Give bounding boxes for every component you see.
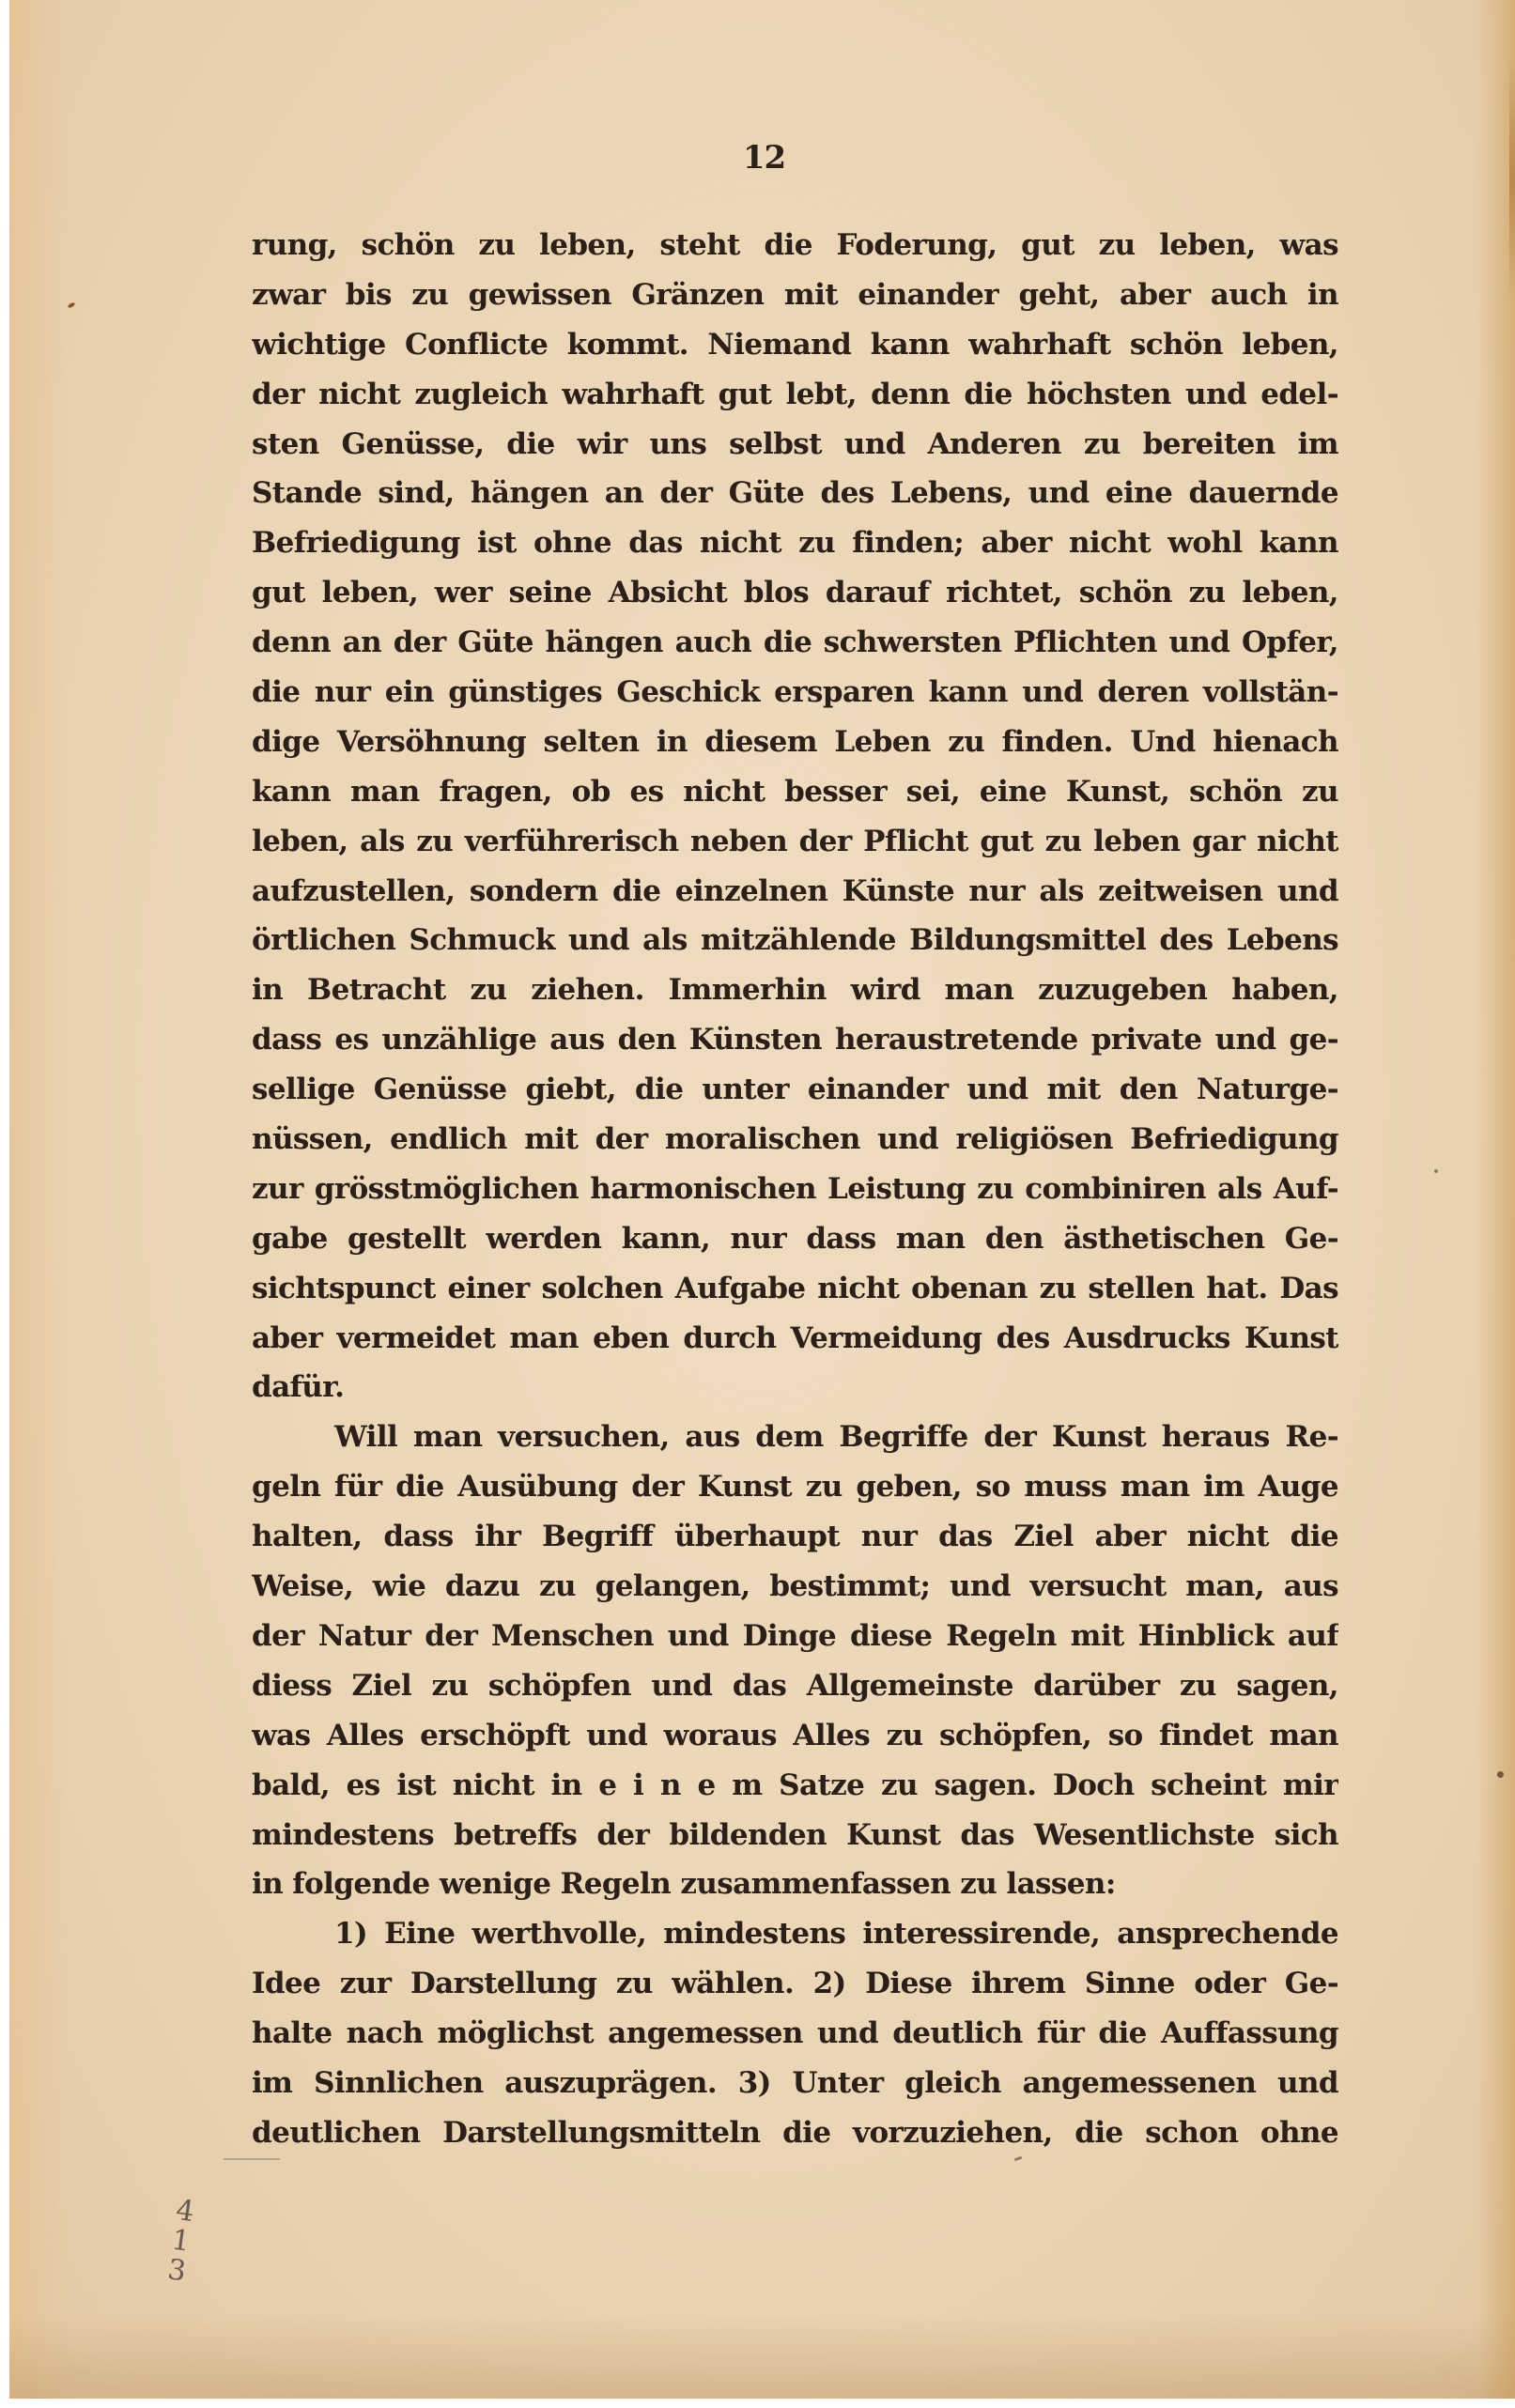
text-line: sichtspunct einer solchen Aufgabe nicht … bbox=[252, 1264, 1338, 1314]
text-line: sellige Genüsse giebt, die unter einande… bbox=[252, 1065, 1338, 1115]
text-line: bald, es ist nicht in e i n e m Satze zu… bbox=[252, 1761, 1338, 1811]
text-line-paragraph-end: dafür. bbox=[252, 1363, 1338, 1412]
text-line: nüssen, endlich mit der moralischen und … bbox=[252, 1115, 1338, 1165]
text-line: Idee zur Darstellung zu wählen. 2) Diese… bbox=[252, 1959, 1338, 2009]
text-line: Weise, wie dazu zu gelangen, bestimmt; u… bbox=[252, 1562, 1338, 1612]
text-line: die nur ein günstiges Geschick ersparen … bbox=[252, 668, 1338, 718]
text-line: gabe gestellt werden kann, nur dass man … bbox=[252, 1214, 1338, 1264]
book-page: 12 rung, schön zu leben, steht die Foder… bbox=[9, 0, 1515, 2399]
text-line: denn an der Güte hängen auch die schwers… bbox=[252, 618, 1338, 668]
text-line: was Alles erschöpft und woraus Alles zu … bbox=[252, 1711, 1338, 1761]
text-line: zwar bis zu gewissen Gränzen mit einande… bbox=[252, 270, 1338, 320]
text-line: kann man fragen, ob es nicht besser sei,… bbox=[252, 767, 1338, 817]
margin-speck-mark bbox=[1434, 1169, 1438, 1173]
text-line: örtlichen Schmuck und als mitzählende Bi… bbox=[252, 916, 1338, 965]
text-line: deutlichen Darstellungsmitteln die vorzu… bbox=[252, 2108, 1338, 2158]
pencil-dash-mark bbox=[224, 2158, 280, 2160]
text-line: halten, dass ihr Begriff überhaupt nur d… bbox=[252, 1512, 1338, 1562]
margin-stain-mark bbox=[68, 301, 76, 308]
text-line: wichtige Conflicte kommt. Niemand kann w… bbox=[252, 320, 1338, 370]
page-number: 12 bbox=[9, 139, 1515, 177]
margin-dot-mark bbox=[1497, 1771, 1504, 1778]
text-line: aufzustellen, sondern die einzelnen Küns… bbox=[252, 867, 1338, 917]
text-line: sten Genüsse, die wir uns selbst und And… bbox=[252, 420, 1338, 470]
text-line: diess Ziel zu schöpfen und das Allgemein… bbox=[252, 1661, 1338, 1711]
text-line: Stande sind, hängen an der Güte des Lebe… bbox=[252, 469, 1338, 518]
body-text: rung, schön zu leben, steht die Foderung… bbox=[252, 221, 1338, 2158]
text-line: gut leben, wer seine Absicht blos darauf… bbox=[252, 568, 1338, 618]
text-line: aber vermeidet man eben durch Vermeidung… bbox=[252, 1314, 1338, 1364]
text-line-paragraph-start: Will man versuchen, aus dem Begriffe der… bbox=[252, 1412, 1338, 1462]
handwritten-margin-scribble: 4 1 3 bbox=[164, 2196, 216, 2303]
text-line: der Natur der Menschen und Dinge diese R… bbox=[252, 1612, 1338, 1661]
text-line: der nicht zugleich wahrhaft gut lebt, de… bbox=[252, 370, 1338, 420]
text-line: mindestens betreffs der bildenden Kunst … bbox=[252, 1811, 1338, 1860]
text-line: in Betracht zu ziehen. Immerhin wird man… bbox=[252, 965, 1338, 1015]
text-line: zur grösstmöglichen harmonischen Leistun… bbox=[252, 1165, 1338, 1214]
text-line: geln für die Ausübung der Kunst zu geben… bbox=[252, 1462, 1338, 1512]
text-line-paragraph-end: in folgende wenige Regeln zusammenfassen… bbox=[252, 1860, 1338, 1909]
page-edge-shadow bbox=[1509, 56, 1515, 301]
text-line: Befriedigung ist ohne das nicht zu finde… bbox=[252, 518, 1338, 568]
text-line: im Sinnlichen auszuprägen. 3) Unter glei… bbox=[252, 2059, 1338, 2108]
text-line: dige Versöhnung selten in diesem Leben z… bbox=[252, 718, 1338, 767]
text-line: dass es unzählige aus den Künsten heraus… bbox=[252, 1015, 1338, 1065]
text-line: leben, als zu verführerisch neben der Pf… bbox=[252, 817, 1338, 867]
text-line-paragraph-start: 1) Eine werthvolle, mindestens interessi… bbox=[252, 1909, 1338, 1959]
text-line: rung, schön zu leben, steht die Foderung… bbox=[252, 221, 1338, 270]
page-bottom-shadow bbox=[9, 2314, 1515, 2399]
text-line: halte nach möglichst angemessen und deut… bbox=[252, 2009, 1338, 2059]
